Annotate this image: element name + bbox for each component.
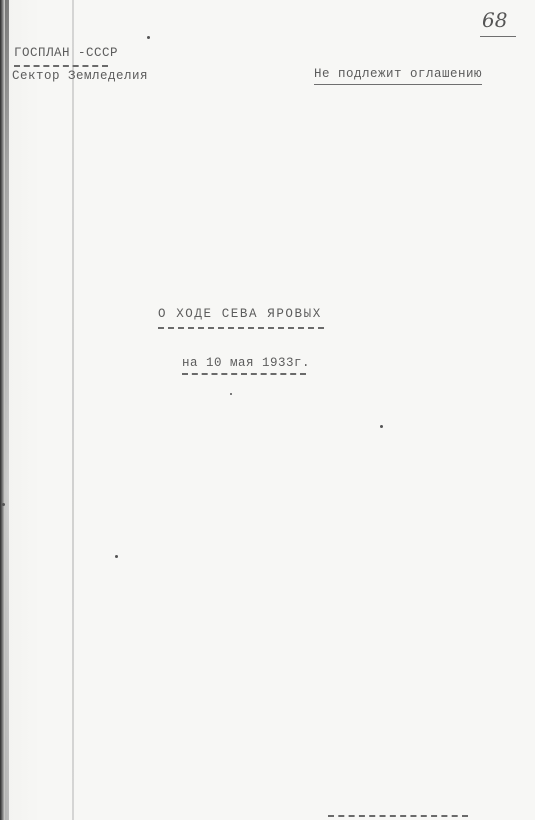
ink-speck — [230, 393, 232, 395]
ink-speck — [380, 425, 383, 428]
notice-underline — [314, 84, 482, 85]
page-number-underline — [480, 36, 516, 37]
document-title: О ХОДЕ СЕВА ЯРОВЫХ — [158, 307, 322, 321]
date-underline — [182, 373, 306, 375]
binding-edge — [5, 0, 9, 820]
ink-speck — [147, 36, 150, 39]
document-date: на 10 мая 1933г. — [182, 356, 310, 370]
document-page: 68 ГОСПЛАН -СССР Сектор Земледелия Не по… — [0, 0, 535, 820]
bottom-dashes — [328, 815, 468, 817]
organization-name: ГОСПЛАН -СССР — [14, 46, 118, 60]
department-name: Сектор Земледелия — [12, 69, 148, 83]
fold-line — [72, 0, 74, 820]
confidentiality-notice: Не подлежит оглашению — [314, 67, 482, 81]
ink-speck — [115, 555, 118, 558]
page-number: 68 — [482, 8, 507, 32]
title-underline — [158, 327, 324, 329]
organization-underline — [14, 65, 108, 67]
ink-speck — [2, 503, 5, 506]
